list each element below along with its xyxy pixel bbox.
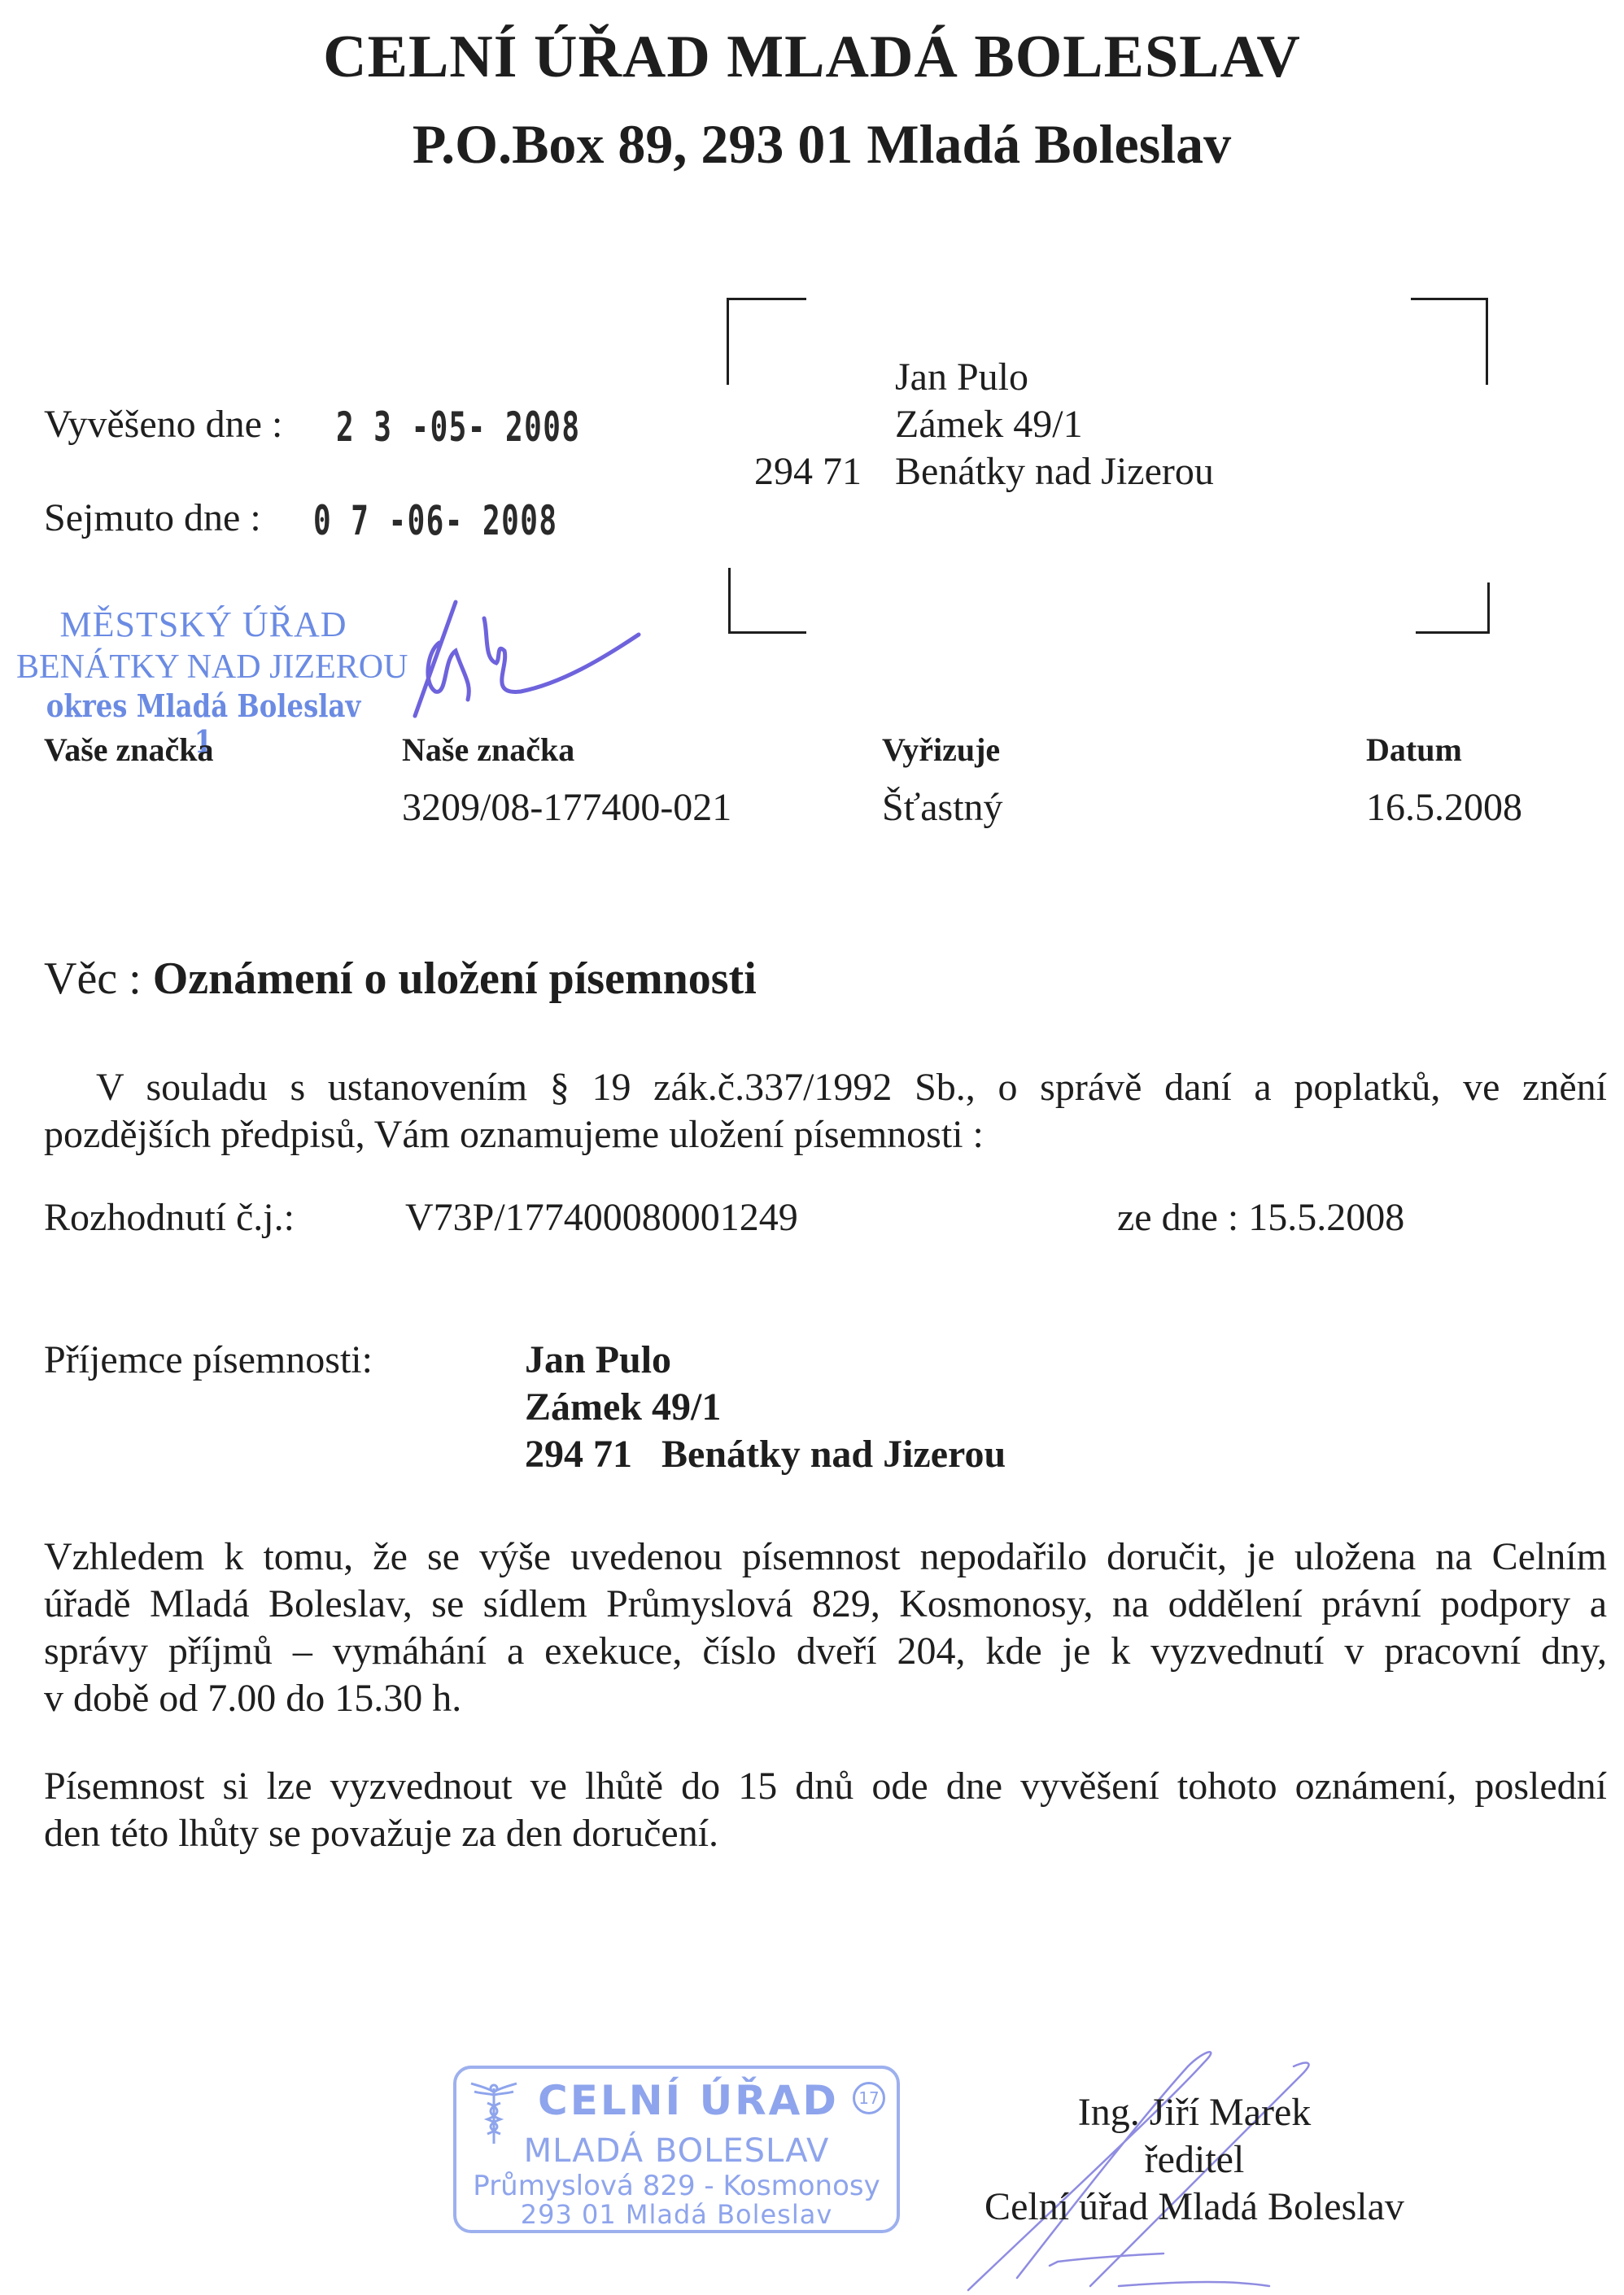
storage-paragraph: Vzhledem k tomu, že se výše uvedenou pís… <box>44 1534 1607 1722</box>
ref-header-your-ref: Vaše značka <box>44 734 214 766</box>
customs-office-stamp: CELNÍ ÚŘAD 17 MLADÁ BOLESLAV Průmyslová … <box>453 2066 900 2233</box>
intro-line: V souladu s ustanovením § 19 zák.č.337/1… <box>44 1064 1607 1111</box>
address-window-corner-bottom-right <box>1416 582 1490 634</box>
customs-stamp-line4: 293 01 Mladá Boleslav <box>456 2199 897 2230</box>
ref-header-handled-by: Vyřizuje <box>882 734 1000 766</box>
office-name-heading: CELNÍ ÚŘAD MLADÁ BOLESLAV <box>0 27 1624 87</box>
municipal-stamp-line1: MĚSTSKÝ ÚŘAD <box>16 604 391 646</box>
posted-label: Vyvěšeno dne : <box>44 405 282 444</box>
posted-date: 2 3 -05- 2008 <box>336 407 580 447</box>
decision-number: V73P/177400080001249 <box>405 1198 798 1237</box>
window-recipient-city: Benátky nad Jizerou <box>895 452 1214 491</box>
address-window-corner-bottom-left <box>728 568 806 634</box>
subject-text: Oznámení o uložení písemnosti <box>153 953 757 1004</box>
recipient-label: Příjemce písemnosti: <box>44 1341 373 1380</box>
signatory-office: Celní úřad Mladá Boleslav <box>950 2184 1438 2231</box>
storage-line: v době od 7.00 do 15.30 h. <box>44 1675 1607 1722</box>
signatory-name: Ing. Jiří Marek <box>950 2089 1438 2136</box>
subject-label: Věc : <box>44 953 142 1004</box>
intro-line: pozdějších předpisů, Vám oznamujeme ulož… <box>44 1111 1607 1158</box>
window-recipient-street: Zámek 49/1 <box>895 405 1083 444</box>
ref-value-handled-by: Šťastný <box>882 788 1003 827</box>
storage-line: úřadě Mladá Boleslav, se sídlem Průmyslo… <box>44 1581 1607 1628</box>
customs-stamp-line1: CELNÍ ÚŘAD <box>538 2077 839 2124</box>
storage-line: Vzhledem k tomu, že se výše uvedenou pís… <box>44 1534 1607 1581</box>
signatory-title: ředitel <box>950 2136 1438 2184</box>
office-postal-address: P.O.Box 89, 293 01 Mladá Boleslav <box>0 116 1624 172</box>
recipient-name: Jan Pulo <box>525 1341 671 1380</box>
subject-line: Věc : Oznámení o uložení písemnosti <box>44 956 757 1001</box>
removed-date: 0 7 -06- 2008 <box>313 500 557 541</box>
deadline-line: Písemnost si lze vyzvednout ve lhůtě do … <box>44 1763 1607 1810</box>
ref-value-our-ref: 3209/08-177400-021 <box>402 788 731 827</box>
removed-label: Sejmuto dne : <box>44 499 261 538</box>
municipal-stamp-line2: BENÁTKY NAD JIZEROU <box>16 646 391 688</box>
decision-date: ze dne : 15.5.2008 <box>1117 1198 1404 1237</box>
address-window-corner-top-right <box>1411 298 1488 385</box>
signature-block: Ing. Jiří Marek ředitel Celní úřad Mladá… <box>950 2089 1438 2231</box>
storage-line: správy příjmů – vymáhání a exekuce, čísl… <box>44 1628 1607 1675</box>
address-window-corner-top-left <box>727 298 806 385</box>
window-recipient-name: Jan Pulo <box>895 358 1028 397</box>
window-recipient-zip: 294 71 <box>754 452 862 491</box>
recipient-street: Zámek 49/1 <box>525 1388 721 1427</box>
ref-value-date: 16.5.2008 <box>1366 788 1522 827</box>
municipal-signature-icon <box>407 586 651 724</box>
recipient-city: 294 71 Benátky nad Jizerou <box>525 1435 1006 1474</box>
customs-stamp-line3: Průmyslová 829 - Kosmonosy <box>456 2170 897 2202</box>
deadline-paragraph: Písemnost si lze vyzvednout ve lhůtě do … <box>44 1763 1607 1857</box>
decision-label: Rozhodnutí č.j.: <box>44 1198 295 1237</box>
customs-stamp-line2: MLADÁ BOLESLAV <box>456 2132 897 2170</box>
ref-header-date: Datum <box>1366 734 1462 766</box>
ref-header-our-ref: Naše značka <box>402 734 574 766</box>
customs-stamp-number: 17 <box>853 2082 885 2114</box>
intro-paragraph: V souladu s ustanovením § 19 zák.č.337/1… <box>44 1064 1607 1158</box>
deadline-line: den této lhůty se považuje za den doruče… <box>44 1810 1607 1857</box>
